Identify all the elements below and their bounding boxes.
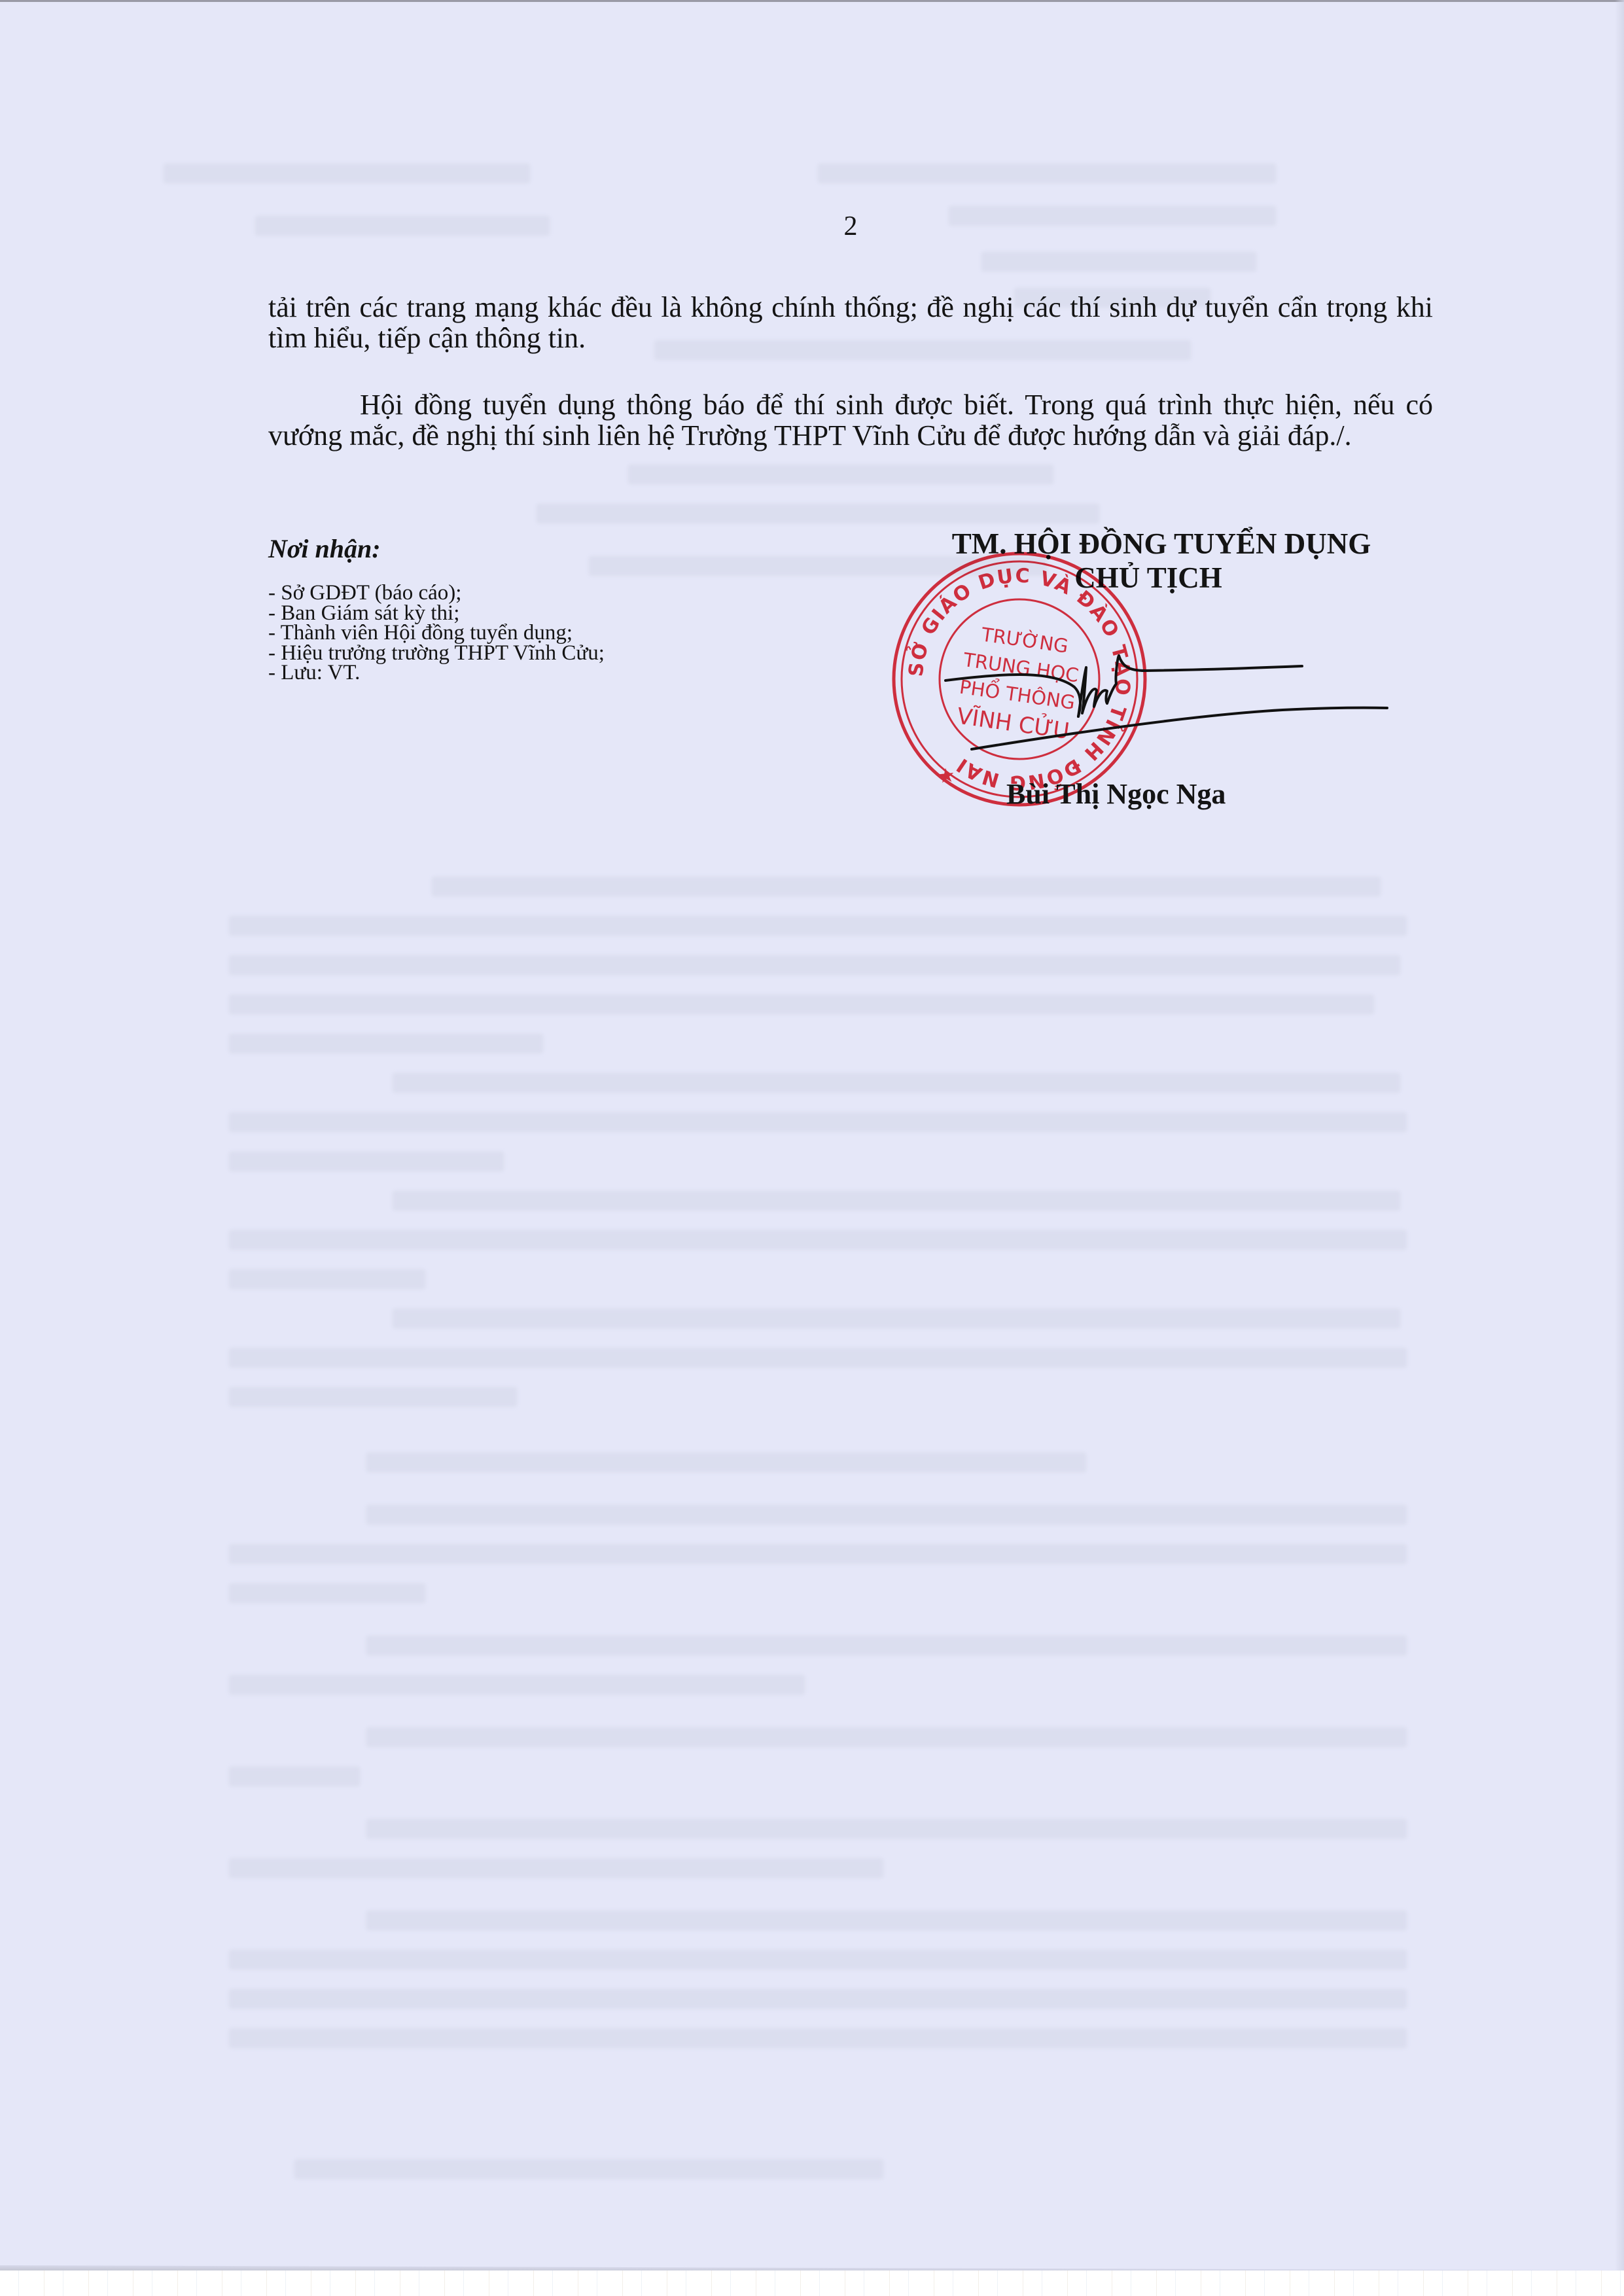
handwritten-signature-icon <box>929 654 1400 785</box>
recipient-item: - Lưu: VT. <box>268 663 792 683</box>
recipient-item: - Hiệu trưởng trường THPT Vĩnh Cửu; <box>268 643 792 663</box>
recipient-item: - Thành viên Hội đồng tuyển dụng; <box>268 623 792 643</box>
recipient-item: - Ban Giám sát kỳ thi; <box>268 603 792 624</box>
body-text: tải trên các trang mạng khác đều là khôn… <box>268 292 1433 451</box>
page-edge-shadow <box>1615 0 1624 2270</box>
scanner-margin-strip <box>0 2270 1624 2296</box>
recipients-list: - Sở GDĐT (báo cáo); - Ban Giám sát kỳ t… <box>268 583 792 683</box>
recipient-item: - Sở GDĐT (báo cáo); <box>268 583 792 603</box>
page-number: 2 <box>838 211 864 242</box>
paragraph-closing: Hội đồng tuyển dụng thông báo để thí sin… <box>268 389 1433 451</box>
paragraph-continuation: tải trên các trang mạng khác đều là khôn… <box>268 292 1433 353</box>
recipients-block: Nơi nhận: - Sở GDĐT (báo cáo); - Ban Giá… <box>268 533 792 683</box>
recipients-label: Nơi nhận: <box>268 533 792 565</box>
signer-name: Bùi Thị Ngọc Nga <box>1006 777 1226 811</box>
